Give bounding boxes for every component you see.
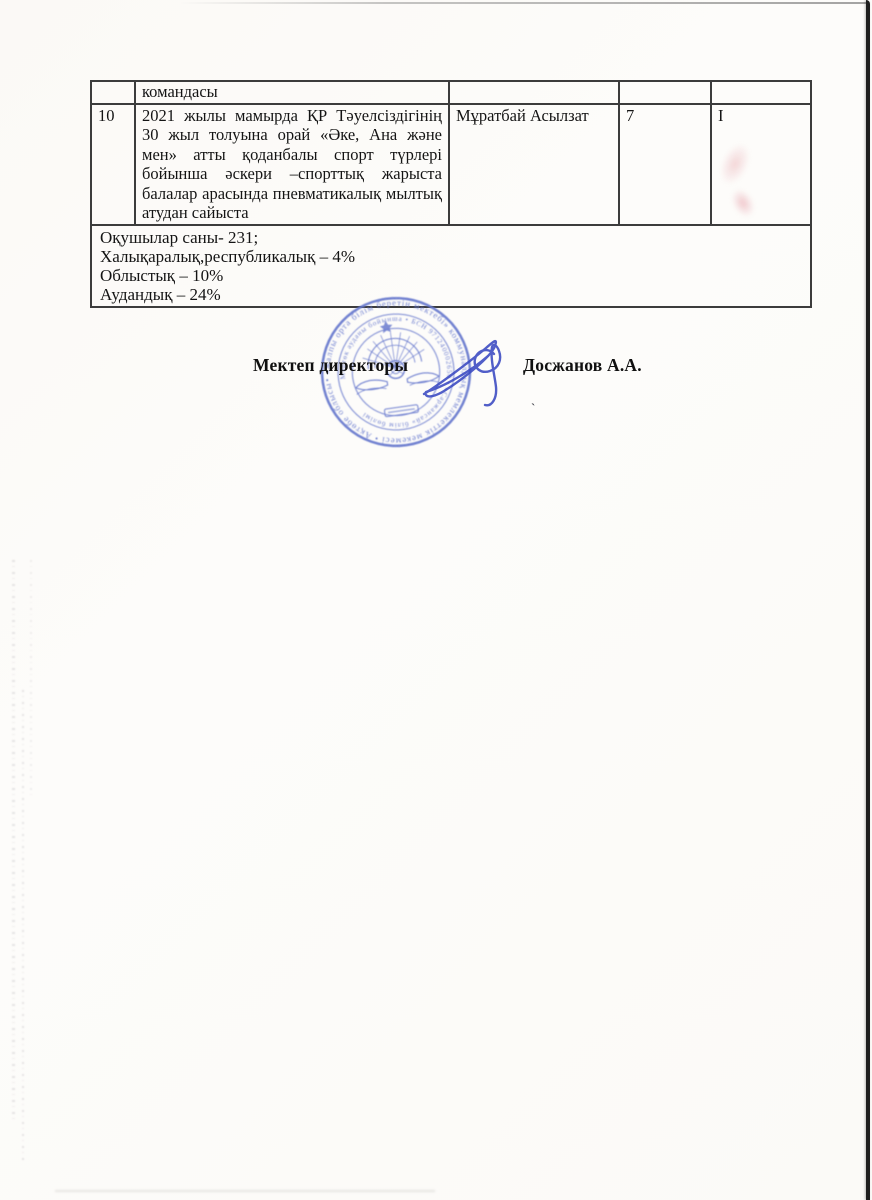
cell-number: [91, 81, 135, 104]
cell-place: I: [711, 104, 811, 225]
bleedthrough-smudge: [12, 560, 15, 1120]
cell-description: командасы: [135, 81, 449, 104]
scan-bottom-shadow: [55, 1190, 435, 1192]
scanned-document-page: командасы 10 2021 жылы мамырда ҚР Тәуелс…: [0, 0, 872, 1200]
cell-grade: 7: [619, 104, 711, 225]
cell-grade: [619, 81, 711, 104]
scan-top-edge: [180, 2, 866, 4]
director-title: Мектеп директоры: [253, 355, 408, 376]
cell-student: [449, 81, 619, 104]
table-row-continuation: командасы: [91, 81, 811, 104]
ink-speck: ˏ: [531, 391, 535, 407]
results-table: командасы 10 2021 жылы мамырда ҚР Тәуелс…: [90, 80, 812, 308]
cell-place: [711, 81, 811, 104]
summary-students-count: Оқушылар саны- 231;: [100, 228, 802, 247]
handwritten-signature: [410, 320, 530, 415]
cell-number: 10: [91, 104, 135, 225]
cell-student: Мұратбай Асылзат: [449, 104, 619, 225]
table-row-10: 10 2021 жылы мамырда ҚР Тәуелсіздігінің …: [91, 104, 811, 225]
bleedthrough-smudge: [22, 690, 24, 1160]
scan-right-edge: [866, 0, 870, 1200]
cell-description: 2021 жылы мамырда ҚР Тәуелсіздігінің 30 …: [135, 104, 449, 225]
bleedthrough-smudge: [30, 560, 32, 800]
summary-international: Халықаралық,республикалық – 4%: [100, 247, 802, 266]
director-name: Досжанов А.А.: [523, 355, 642, 376]
